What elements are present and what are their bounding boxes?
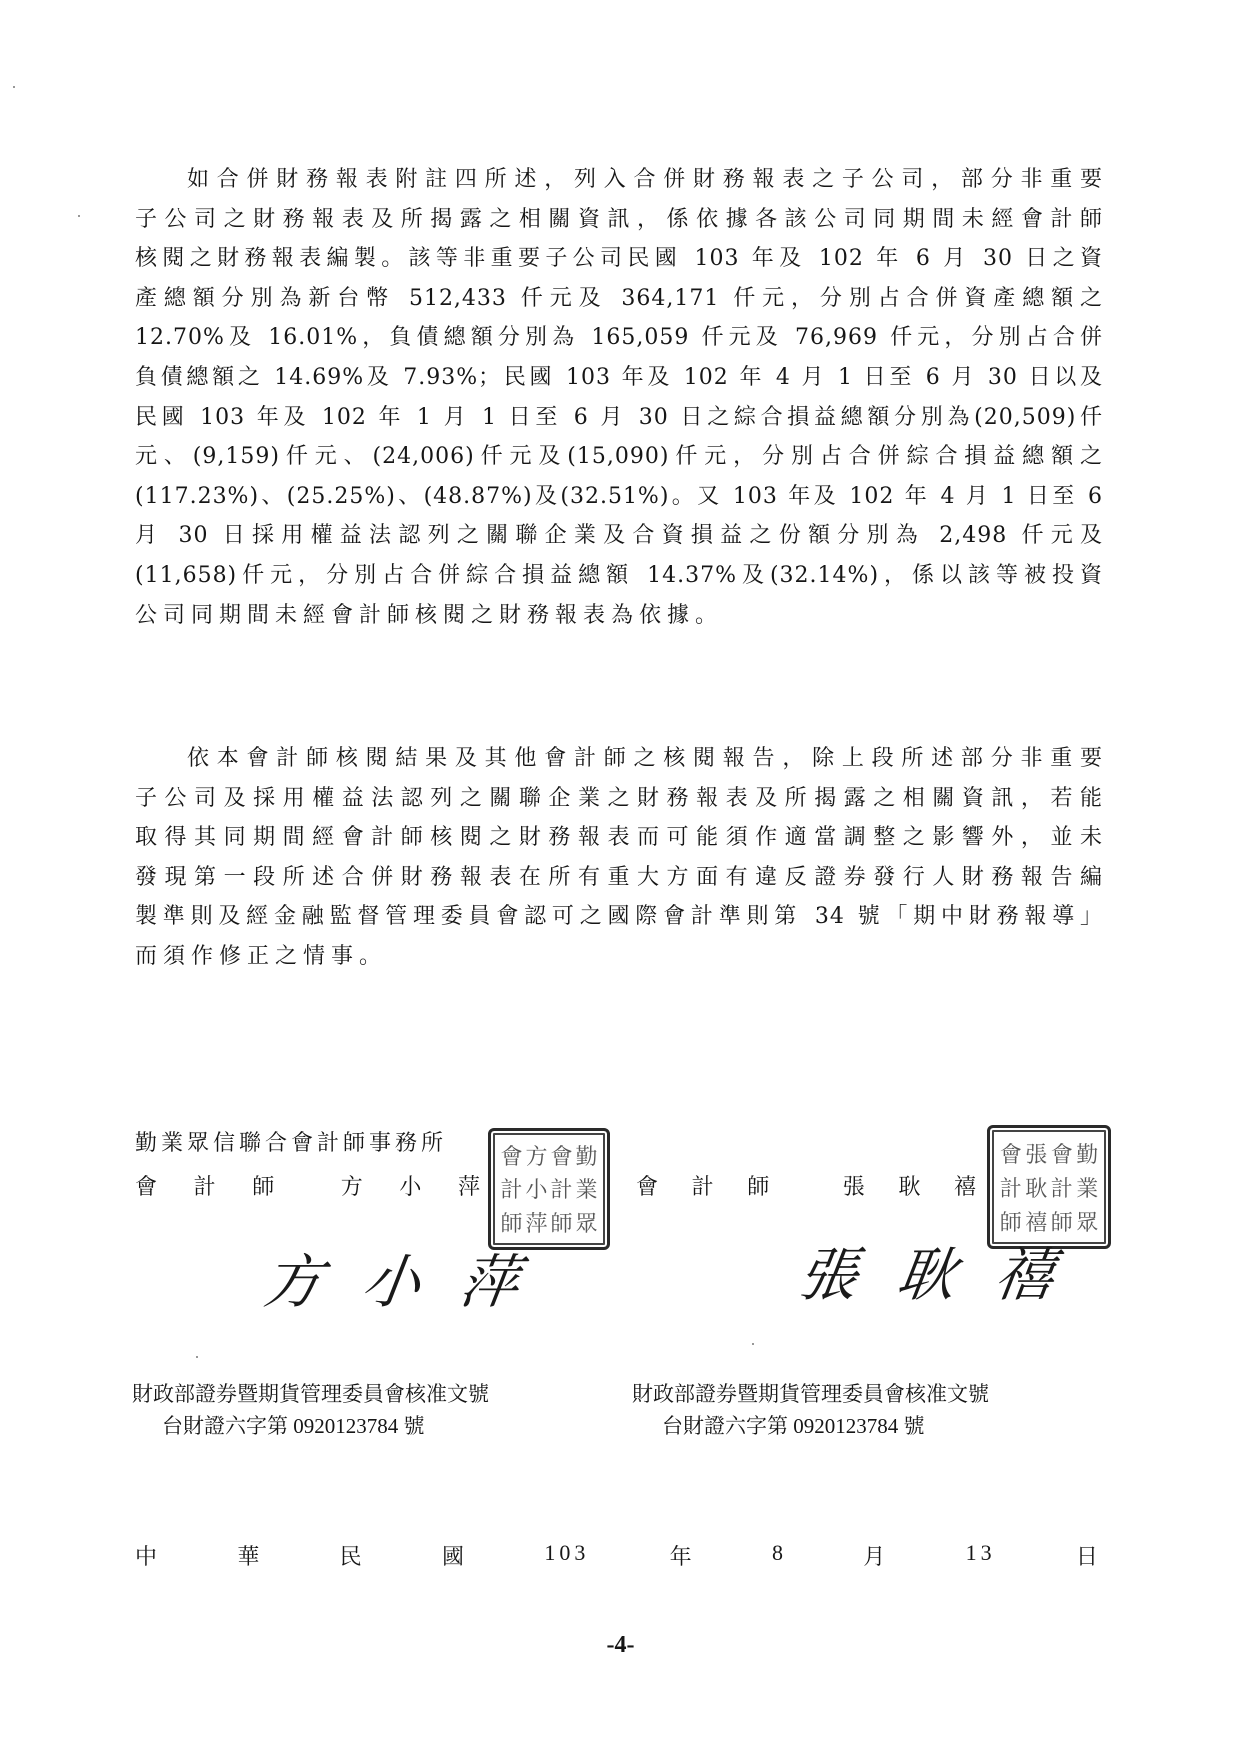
text-line: 子公司之財務報表及所揭露之相關資訊，係依據各該公司同期間未經會計師 [135,200,1103,240]
title-char: 計 [194,1170,216,1201]
date-part: 月 [863,1540,885,1571]
seal-char: 耿 [1024,1170,1050,1204]
title-char: 會 [636,1170,658,1201]
page-number: -4- [0,1632,1241,1659]
left-accountant-seal-icon: 會 方 會 勤 計 小 計 業 師 萍 師 眾 [488,1128,610,1250]
scan-artifact [752,1343,754,1345]
text-line: 公司同期間未經會計師核閱之財務報表為依據。 [135,596,1103,636]
scan-artifact [13,86,15,88]
text-line: 負債總額之 14.69%及 7.93%；民國 103 年及 102 年 4 月 … [135,358,1103,398]
title-char: 師 [747,1170,769,1201]
seal-char: 會 [998,1136,1024,1170]
text-line: (117.23%)、(25.25%)、(48.87%)及(32.51%)。又 1… [135,477,1103,517]
firm-name: 勤業眾信聯合會計師事務所 [135,1126,447,1157]
seal-char: 師 [499,1206,524,1239]
seal-char: 張 [1024,1136,1050,1170]
date-part: 國 [442,1540,464,1571]
date-part: 日 [1076,1540,1098,1571]
text-line: (11,658)仟元，分別占合併綜合損益總額 14.37%及(32.14%)，係… [135,556,1103,596]
text-line: 核閱之財務報表編製。該等非重要子公司民國 103 年及 102 年 6 月 30… [135,239,1103,279]
registration-number: 台財證六字第 0920123784 號 [632,1410,989,1442]
left-accountant-label: 會 計 師 方 小 萍 [135,1170,480,1201]
date-part: 8 [772,1540,783,1571]
title-char: 計 [692,1170,714,1201]
scan-artifact [78,215,80,217]
seal-char: 會 [549,1139,574,1172]
document-page: 如合併財務報表附註四所述，列入合併財務報表之子公司，部分非重要 子公司之財務報表… [0,0,1241,1755]
name-char: 張 [843,1170,865,1201]
seal-char: 勤 [1075,1136,1101,1170]
text-line: 12.70%及 16.01%，負債總額分別為 165,059 仟元及 76,96… [135,318,1103,358]
text-line: 取得其同期間經會計師核閱之財務報表而可能須作適當調整之影響外，並未 [135,818,1103,858]
seal-char: 眾 [574,1206,599,1239]
scan-artifact [196,1356,198,1358]
seal-char: 計 [1049,1170,1075,1204]
name-char: 方 [341,1170,363,1201]
seal-char: 計 [499,1172,524,1205]
text-line: 發現第一段所述合併財務報表在所有重大方面有違反證券發行人財務報告編 [135,858,1103,898]
paragraph-review-conclusion: 依本會計師核閱結果及其他會計師之核閱報告，除上段所述部分非重要 子公司及採用權益… [135,739,1103,977]
text-line: 子公司及採用權益法認列之關聯企業之財務報表及所揭露之相關資訊，若能 [135,779,1103,819]
right-accountant-label: 會 計 師 張 耿 禧 [636,1170,976,1201]
date-part: 民 [340,1540,362,1571]
date-part: 華 [237,1540,259,1571]
text-line: 民國 103 年及 102 年 1 月 1 日至 6 月 30 日之綜合損益總額… [135,398,1103,438]
left-registration: 財政部證券暨期貨管理委員會核准文號 台財證六字第 0920123784 號 [132,1378,489,1442]
seal-char: 計 [549,1172,574,1205]
date-part: 中 [135,1540,157,1571]
seal-char: 業 [1075,1170,1101,1204]
name-char: 耿 [898,1170,920,1201]
seal-char: 師 [549,1206,574,1239]
name-char: 萍 [458,1170,480,1201]
text-line: 產總額分別為新台幣 512,433 仟元及 364,171 仟元，分別占合併資產… [135,279,1103,319]
name-char: 小 [399,1170,421,1201]
seal-char: 會 [499,1139,524,1172]
title-char: 會 [135,1170,157,1201]
title-char: 師 [252,1170,274,1201]
right-registration: 財政部證券暨期貨管理委員會核准文號 台財證六字第 0920123784 號 [632,1378,989,1442]
text-line: 月 30 日採用權益法認列之關聯企業及合資損益之份額分別為 2,498 仟元及 [135,516,1103,556]
seal-char: 勤 [574,1139,599,1172]
text-line: 如合併財務報表附註四所述，列入合併財務報表之子公司，部分非重要 [135,160,1103,200]
text-line: 而須作修正之情事。 [135,937,1103,977]
name-char: 禧 [954,1170,976,1201]
registration-authority: 財政部證券暨期貨管理委員會核准文號 [632,1378,989,1410]
seal-char: 計 [998,1170,1024,1204]
paragraph-review-scope: 如合併財務報表附註四所述，列入合併財務報表之子公司，部分非重要 子公司之財務報表… [135,160,1103,635]
registration-authority: 財政部證券暨期貨管理委員會核准文號 [132,1378,489,1410]
text-line: 元、(9,159)仟元、(24,006)仟元及(15,090)仟元，分別占合併綜… [135,437,1103,477]
seal-char: 業 [574,1172,599,1205]
date-part: 年 [670,1540,692,1571]
seal-char: 萍 [524,1206,549,1239]
right-handwritten-signature: 張耿禧 [794,1228,1100,1312]
seal-char: 小 [524,1172,549,1205]
date-part: 13 [966,1540,996,1571]
left-handwritten-signature: 方小萍 [259,1235,565,1319]
report-date: 中 華 民 國 103 年 8 月 13 日 [135,1540,1098,1571]
text-line: 依本會計師核閱結果及其他會計師之核閱報告，除上段所述部分非重要 [135,739,1103,779]
text-line: 製準則及經金融監督管理委員會認可之國際會計準則第 34 號「期中財務報導」 [135,897,1103,937]
date-part: 103 [544,1540,589,1571]
seal-char: 會 [1049,1136,1075,1170]
registration-number: 台財證六字第 0920123784 號 [132,1410,489,1442]
seal-char: 方 [524,1139,549,1172]
